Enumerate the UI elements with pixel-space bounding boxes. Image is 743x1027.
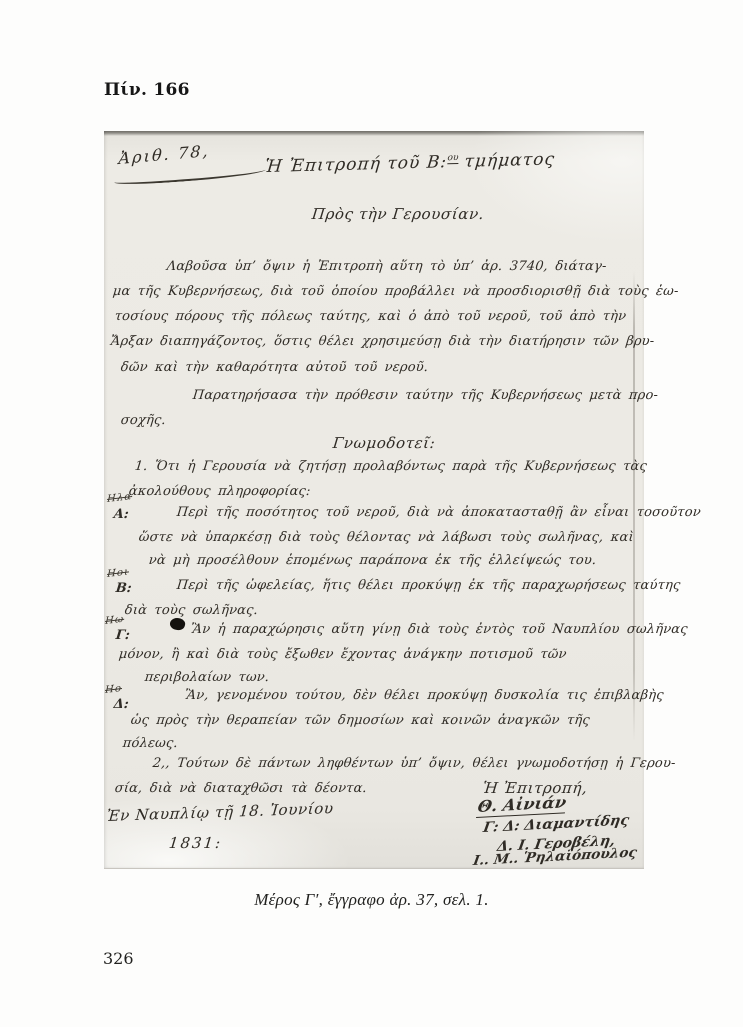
margin-note: Ηλα <box>107 491 132 505</box>
manuscript-line: Ἄρξαν διαπηγάζοντος, ὅστις θέλει χρησιμε… <box>110 334 655 349</box>
item-label: Δ: <box>113 697 129 712</box>
manuscript-line: Περὶ τῆς ὠφελείας, ἥτις θέλει προκύψῃ ἐκ… <box>176 578 681 593</box>
plate-label: Πίν. 166 <box>104 80 190 100</box>
date-year: 1831: <box>168 834 223 852</box>
margin-note: Ηοι <box>107 566 129 580</box>
manuscript-line: Περὶ τῆς ποσότητος τοῦ νεροῦ, διὰ νὰ ἀπο… <box>176 505 702 520</box>
manuscript-line: ὥστε νὰ ὑπαρκέσῃ διὰ τοὺς θέλοντας νὰ λά… <box>138 530 635 545</box>
manuscript-line: δῶν καὶ τὴν καθαρότητα αὐτοῦ τοῦ νεροῦ. <box>120 360 429 375</box>
manuscript-line: νὰ μὴ προσέλθουν ἑπομένως παράπονα ἐκ τῆ… <box>148 553 597 568</box>
item-label: Β: <box>115 581 132 596</box>
manuscript-line: τοσίους πόρους τῆς πόλεως ταύτης, καὶ ὁ … <box>114 309 627 324</box>
manuscript-line: διὰ τοὺς σωλῆνας. <box>124 603 259 618</box>
underline-flourish <box>114 166 266 187</box>
signature: Θ. Αἰνιάν <box>476 792 568 818</box>
item-label: Γ: <box>115 628 131 643</box>
page-number: 326 <box>103 949 134 968</box>
manuscript-line: ἀκολούθους πληροφορίας: <box>128 484 311 499</box>
margin-note: Ηο <box>105 683 122 696</box>
document-subtitle: Πρὸς τὴν Γερουσίαν. <box>311 205 485 223</box>
manuscript-line: 2,, Τούτων δὲ πάντων ληφθέντων ὑπ’ ὄψιν,… <box>152 756 676 771</box>
document-number: Ἀριθ. 78, <box>118 141 210 168</box>
document-title: Ἡ Ἐπιτροπή τοῦ Β:ου τμήματος <box>264 149 556 177</box>
manuscript-line: Ἂν, γενομένου τούτου, δὲν θέλει προκύψῃ … <box>184 688 664 703</box>
book-page: Πίν. 166 Ἀριθ. 78, Ἡ Ἐπιτροπή τοῦ Β:ου τ… <box>0 0 743 1027</box>
manuscript-line: μόνον, ἢ καὶ διὰ τοὺς ἔξωθεν ἔχοντας ἀνά… <box>118 647 567 662</box>
manuscript-line: 1. Ὅτι ἡ Γερουσία νὰ ζητήσῃ προλαβόντως … <box>134 459 648 474</box>
title-main: Ἡ Ἐπιτροπή τοῦ Β: <box>264 152 448 177</box>
manuscript-line: μα τῆς Κυβερνήσεως, διὰ τοῦ ὁποίου προβά… <box>112 284 679 299</box>
manuscript-scan: Ἀριθ. 78, Ἡ Ἐπιτροπή τοῦ Β:ου τμήματος Π… <box>104 131 644 869</box>
manuscript-line: Ἂν ἡ παραχώρησις αὕτη γίνῃ διὰ τοὺς ἐντὸ… <box>190 622 689 637</box>
place-date-line: Ἐν Ναυπλίῳ τῇ 18. Ἰουνίου <box>106 799 335 825</box>
ink-blot <box>169 616 187 631</box>
figure-caption: Μέρος Γ′, ἔγγραφο ἀρ. 37, σελ. 1. <box>254 890 489 910</box>
manuscript-line: σοχῆς. <box>120 413 167 428</box>
manuscript-line: πόλεως. <box>122 736 179 751</box>
margin-note: Ηω <box>105 614 124 627</box>
title-rest: τμήματος <box>457 149 556 172</box>
manuscript-line: ὡς πρὸς τὴν θεραπείαν τῶν δημοσίων καὶ κ… <box>130 713 591 728</box>
manuscript-line: Παρατηρήσασα τὴν πρόθεσιν ταύτην τῆς Κυβ… <box>192 388 659 403</box>
verdict-heading: Γνωμοδοτεῖ: <box>332 434 436 452</box>
item-label: Α: <box>113 507 129 522</box>
manuscript-line: σία, διὰ νὰ διαταχθῶσι τὰ δέοντα. <box>114 781 368 796</box>
manuscript-line: Λαβοῦσα ὑπ’ ὄψιν ἡ Ἐπιτροπὴ αὕτη τὸ ὑπ’ … <box>166 259 607 274</box>
manuscript-line: περιβολαίων των. <box>144 670 270 685</box>
